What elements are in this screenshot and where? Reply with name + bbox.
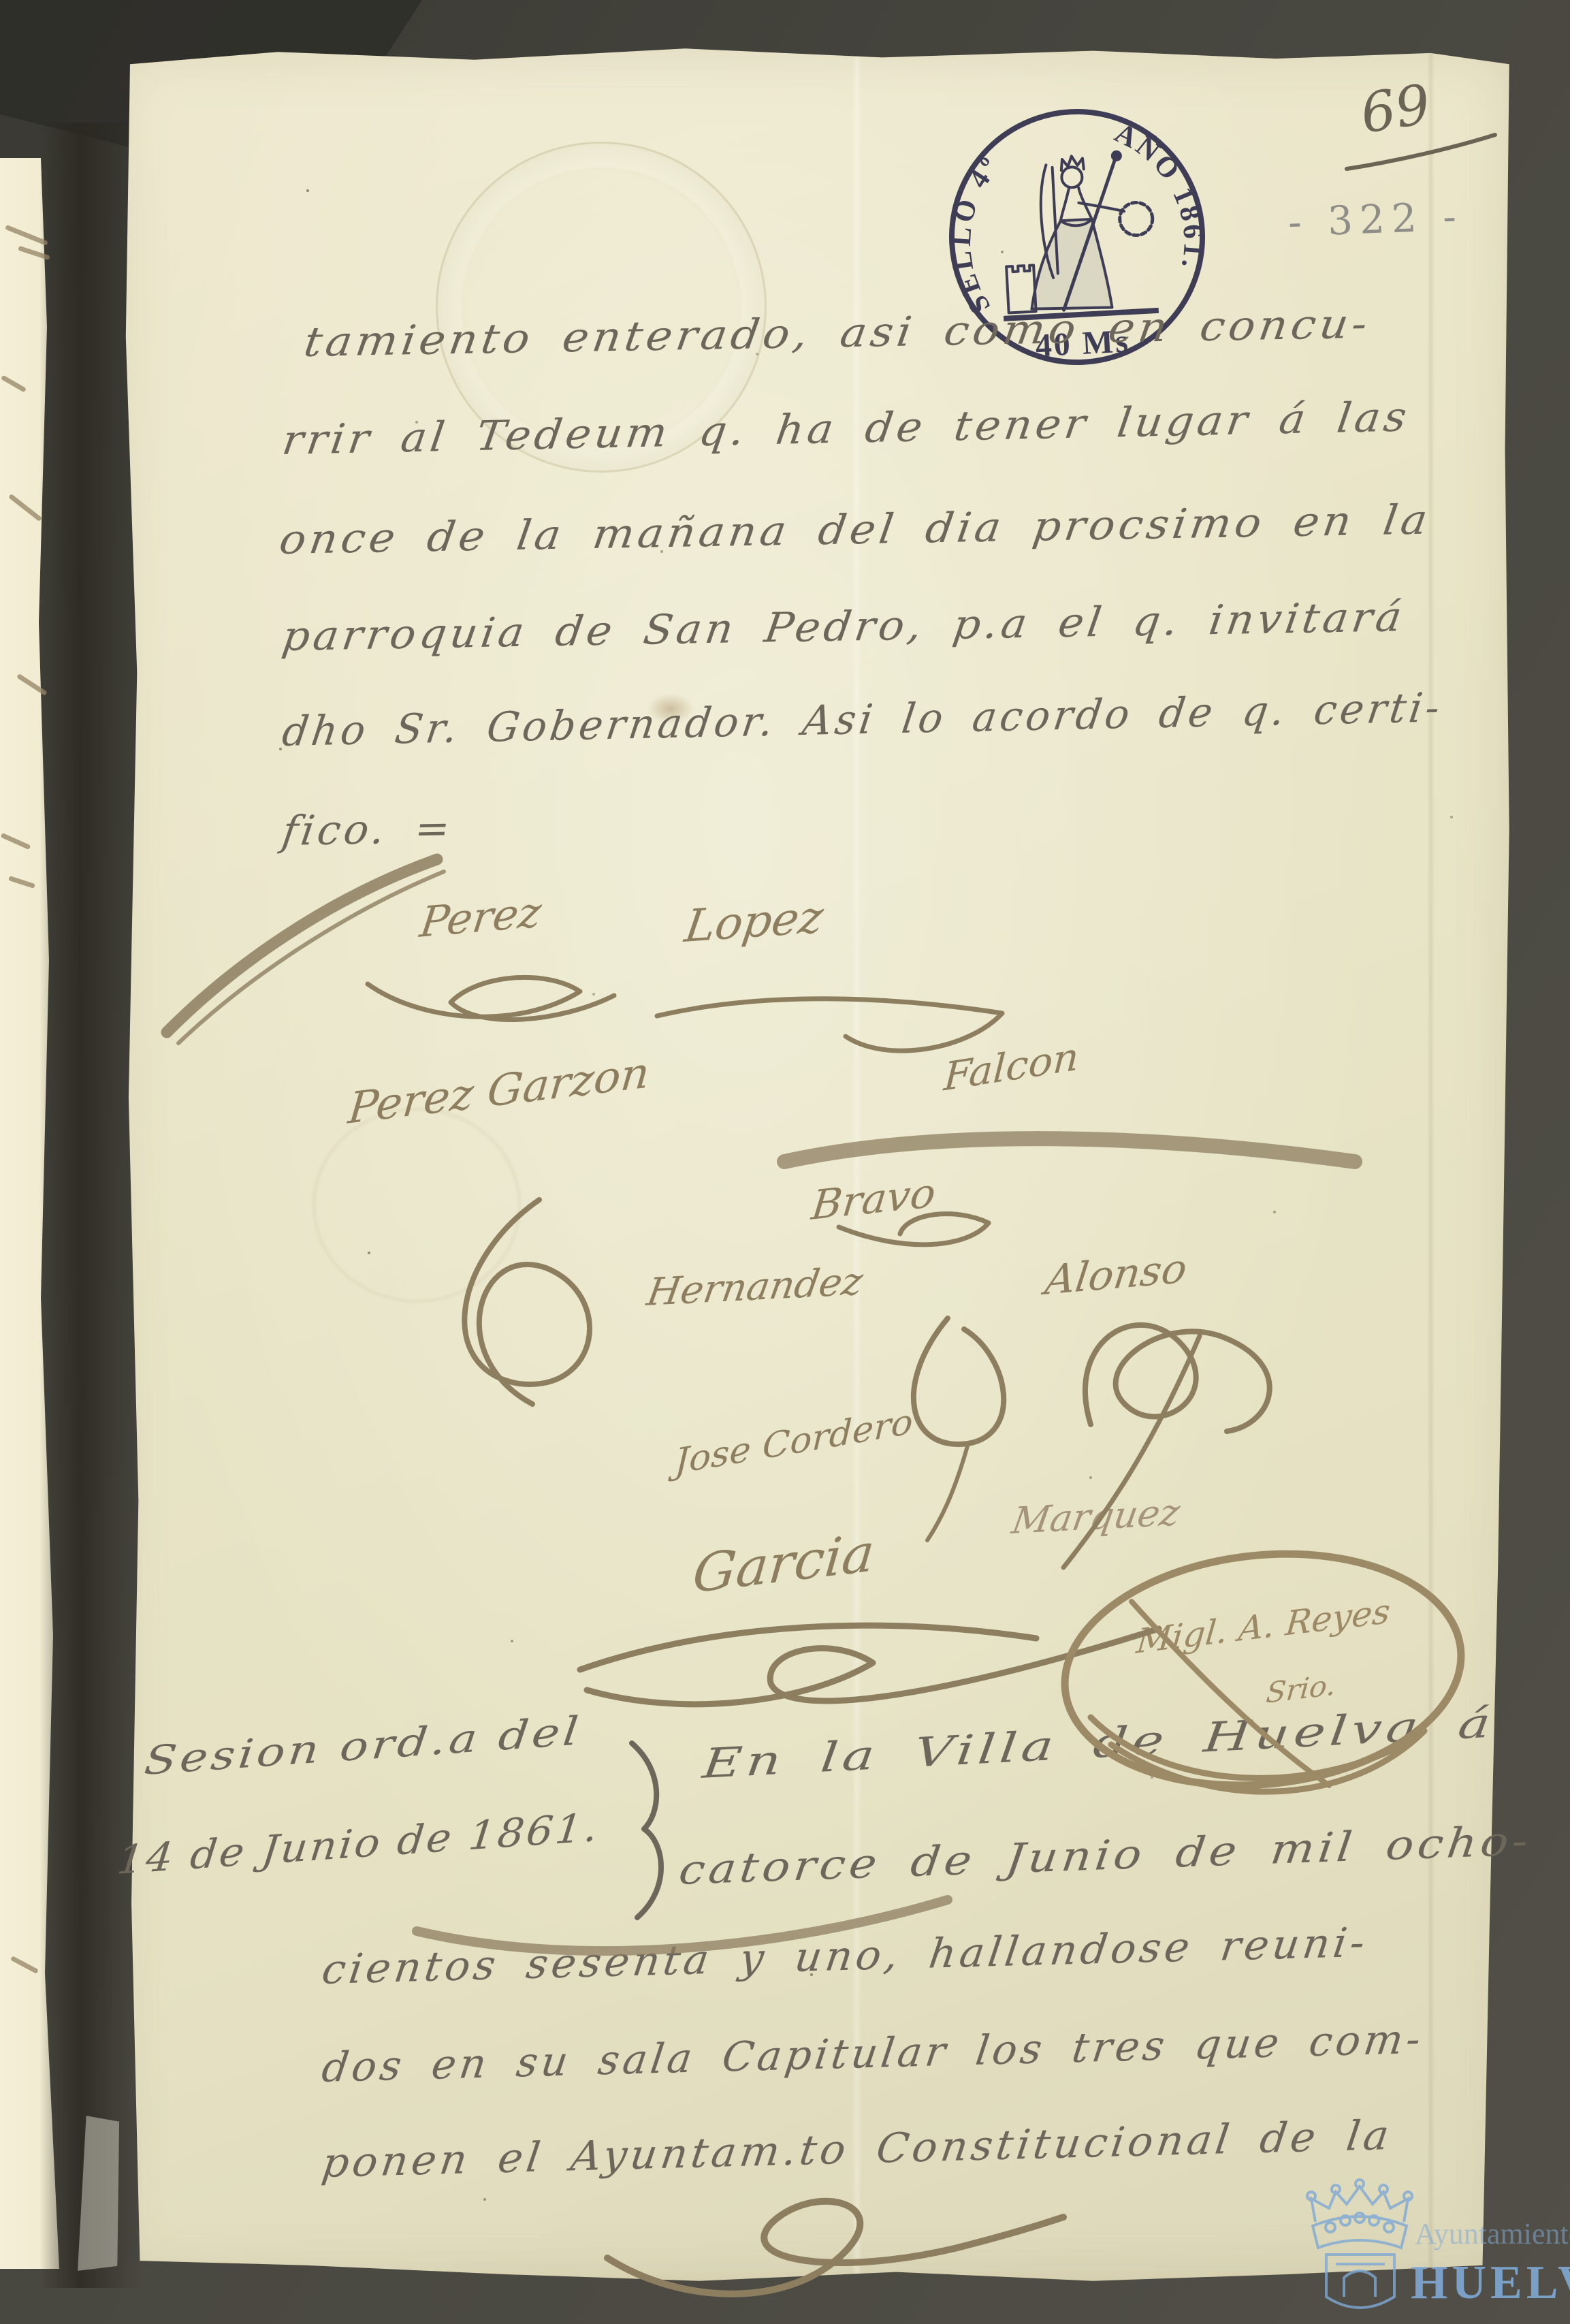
show-through-seal-stain	[313, 1109, 520, 1302]
stamp-arc-right-text: AÑO 1861.	[1108, 113, 1211, 278]
signature-marquez: Marquez	[1009, 1491, 1183, 1542]
foxing-specks	[306, 189, 309, 192]
pencil-page-number: - 322 -	[1287, 193, 1464, 246]
signature-lopez: Lopez	[682, 891, 827, 953]
huelva-crown-shield-icon	[1307, 2180, 1412, 2308]
seated-allegory-with-scepter-wreath-and-tower-icon	[995, 150, 1159, 321]
scanned-archive-photo: { "document": { "folio_number": "69", "p…	[0, 0, 1570, 2324]
stamp-arc-left-text: SELLO 4º	[940, 148, 1014, 321]
folio-number: 69	[1356, 72, 1435, 146]
gutter-shadow	[39, 123, 142, 2288]
archive-watermark: Ayuntamiento HUELVA	[1268, 2167, 1570, 2324]
fold-crease	[1430, 46, 1432, 2283]
watermark-city-label: HUELVA	[1411, 2257, 1570, 2309]
watermark-org-label: Ayuntamiento	[1415, 2217, 1570, 2250]
manuscript-line-6: fico. =	[279, 805, 456, 855]
